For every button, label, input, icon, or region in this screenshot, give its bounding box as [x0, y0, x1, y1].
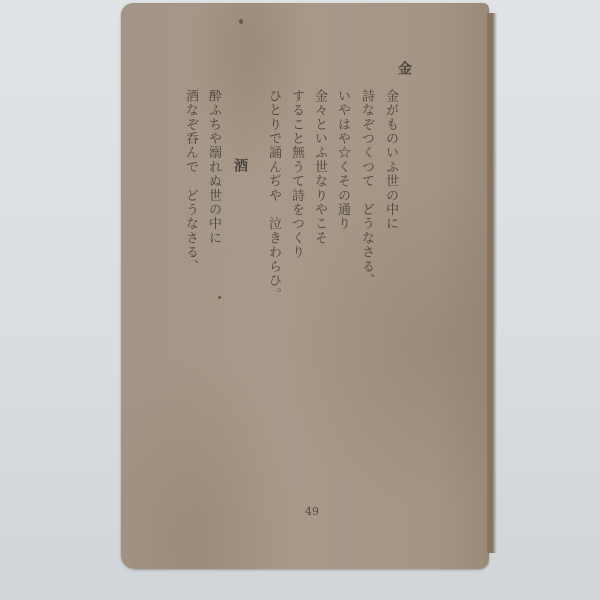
stain-spot: [239, 19, 243, 24]
book-page: 金 金がものいふ世の中に 詩なぞつくつて どうなさる、 いやはや☆くその通り 金…: [121, 3, 489, 569]
poem-line: すること無うて詩をつくり: [290, 89, 303, 259]
poem-line: 金々といふ世なりやこそ: [313, 89, 326, 245]
poem-line: 詩なぞつくつて どうなさる、: [360, 89, 373, 288]
stain-spot: [218, 296, 221, 299]
poem-line: ひとりで誦んぢや 泣きわらひ。: [267, 89, 280, 302]
page-edge: [487, 13, 497, 553]
poem-line: 金がものいふ世の中に: [384, 89, 397, 231]
page-number: 49: [305, 505, 319, 518]
poem-line: いやはや☆くその通り: [336, 89, 349, 231]
poem-title-kane: 金: [397, 61, 411, 76]
poem-line: 酔ふちや溺れぬ世の中に: [207, 89, 220, 245]
poem-title-sake: 酒: [233, 158, 247, 173]
poem-line: 酒なぞ呑んで どうなさる、: [184, 89, 197, 274]
